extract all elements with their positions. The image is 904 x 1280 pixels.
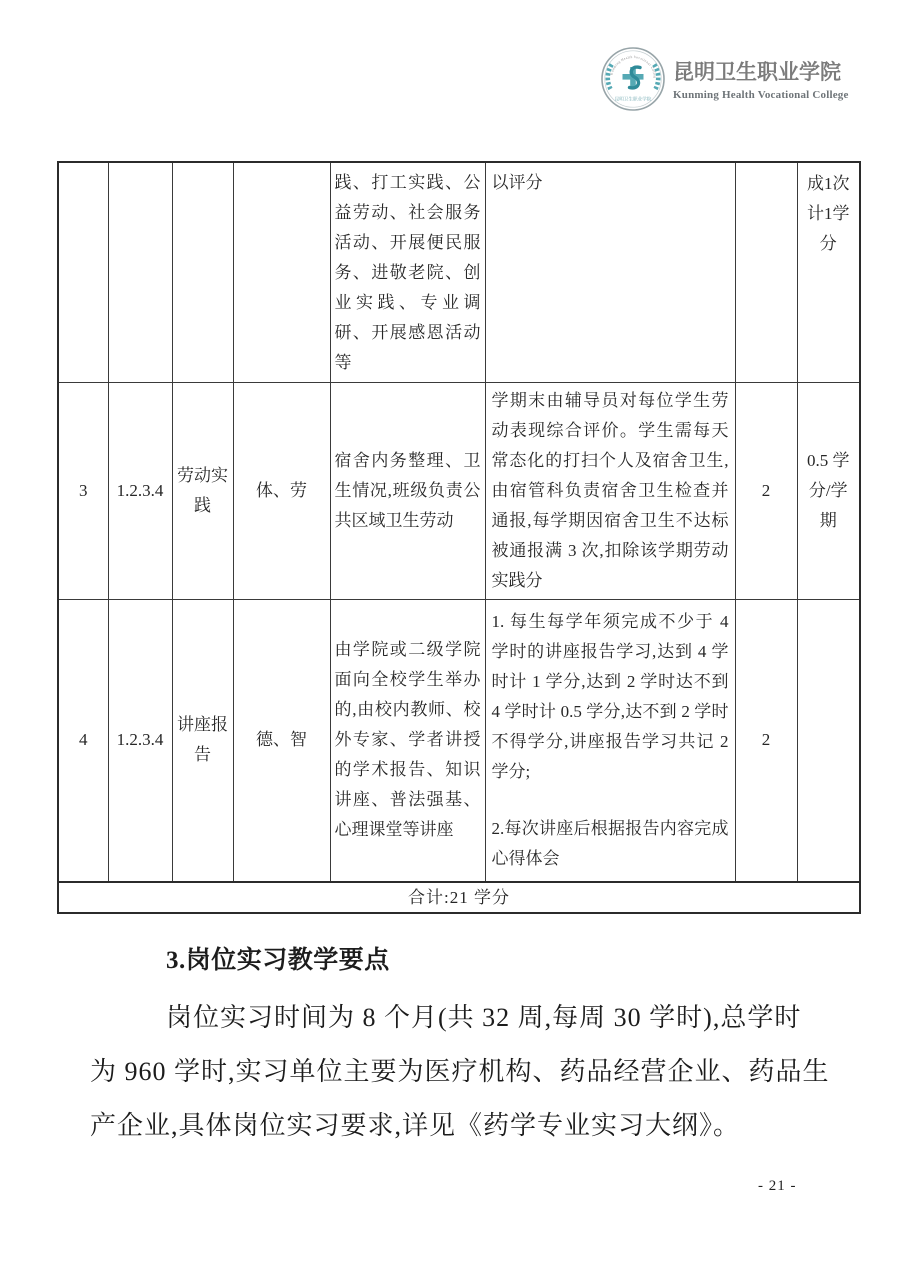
cell-credit xyxy=(735,162,797,383)
cell-category: 体、劳 xyxy=(233,383,330,600)
paragraph-line: 产企业,具体岗位实习要求,详见《药学专业实习大纲》。 xyxy=(90,1099,865,1153)
credit-table: 践、打工实践、公益劳动、社会服务活动、开展便民服务、进敬老院、创业实践、专业调研… xyxy=(57,161,861,914)
table-row-lecture-report: 4 1.2.3.4 讲座报告 德、智 由学院或二级学院面向全校学生举办的,由校内… xyxy=(58,600,860,882)
cell-code: 1.2.3.4 xyxy=(108,600,172,882)
paragraph-line: 岗位实习时间为 8 个月(共 32 周,每周 30 学时),总学时 xyxy=(166,991,865,1045)
table-row-labor-practice: 3 1.2.3.4 劳动实践 体、劳 宿舍内务整理、卫生情况,班级负责公共区域卫… xyxy=(58,383,860,600)
section-heading: 3.岗位实习教学要点 xyxy=(166,944,865,978)
college-seal-icon: Kunming Health Vocational College 昆明卫生职业… xyxy=(600,46,666,112)
criteria-item-2: 2.每次讲座后根据报告内容完成心得体会 xyxy=(492,814,729,874)
cell-code: 1.2.3.4 xyxy=(108,383,172,600)
college-header: Kunming Health Vocational College 昆明卫生职业… xyxy=(600,46,868,112)
paragraph-line: 为 960 学时,实习单位主要为医疗机构、药品经营企业、药品生 xyxy=(90,1045,865,1099)
cell-description: 由学院或二级学院面向全校学生举办的,由校内教师、校外专家、学者讲授的学术报告、知… xyxy=(330,600,485,882)
cell-description: 宿舍内务整理、卫生情况,班级负责公共区域卫生劳动 xyxy=(330,383,485,600)
cell-criteria: 学期末由辅导员对每位学生劳动表现综合评价。学生需每天常态化的打扫个人及宿舍卫生,… xyxy=(485,383,735,600)
cell-credit: 2 xyxy=(735,383,797,600)
cell-note: 成1次计1学分 xyxy=(797,162,860,383)
cell-name: 讲座报告 xyxy=(172,600,233,882)
cell-no xyxy=(58,162,108,383)
cell-name xyxy=(172,162,233,383)
college-names: 昆明卫生职业学院 Kunming Health Vocational Colle… xyxy=(673,57,849,101)
table-row-total: 合计:21 学分 xyxy=(58,882,860,913)
cell-name: 劳动实践 xyxy=(172,383,233,600)
cell-no: 3 xyxy=(58,383,108,600)
cell-note xyxy=(797,600,860,882)
cell-code xyxy=(108,162,172,383)
cell-category: 德、智 xyxy=(233,600,330,882)
svg-text:昆明卫生职业学院: 昆明卫生职业学院 xyxy=(615,96,652,103)
college-name-english: Kunming Health Vocational College xyxy=(673,89,849,101)
table-row-continuation: 践、打工实践、公益劳动、社会服务活动、开展便民服务、进敬老院、创业实践、专业调研… xyxy=(58,162,860,383)
cell-no: 4 xyxy=(58,600,108,882)
cell-credit: 2 xyxy=(735,600,797,882)
cell-note: 0.5 学分/学期 xyxy=(797,383,860,600)
cell-criteria: 1. 每生每学年须完成不少于 4 学时的讲座报告学习,达到 4 学时计 1 学分… xyxy=(485,600,735,882)
cell-criteria: 以评分 xyxy=(485,162,735,383)
cell-description: 践、打工实践、公益劳动、社会服务活动、开展便民服务、进敬老院、创业实践、专业调研… xyxy=(330,162,485,383)
document-page: Kunming Health Vocational College 昆明卫生职业… xyxy=(0,0,904,1280)
total-credits-label: 合计:21 学分 xyxy=(58,882,860,913)
internship-section: 3.岗位实习教学要点 岗位实习时间为 8 个月(共 32 周,每周 30 学时)… xyxy=(90,944,865,1153)
cell-category xyxy=(233,162,330,383)
page-number: - 21 - xyxy=(758,1178,797,1195)
college-name-calligraphy: 昆明卫生职业学院 xyxy=(673,57,849,87)
criteria-item-1: 1. 每生每学年须完成不少于 4 学时的讲座报告学习,达到 4 学时计 1 学分… xyxy=(492,607,729,787)
